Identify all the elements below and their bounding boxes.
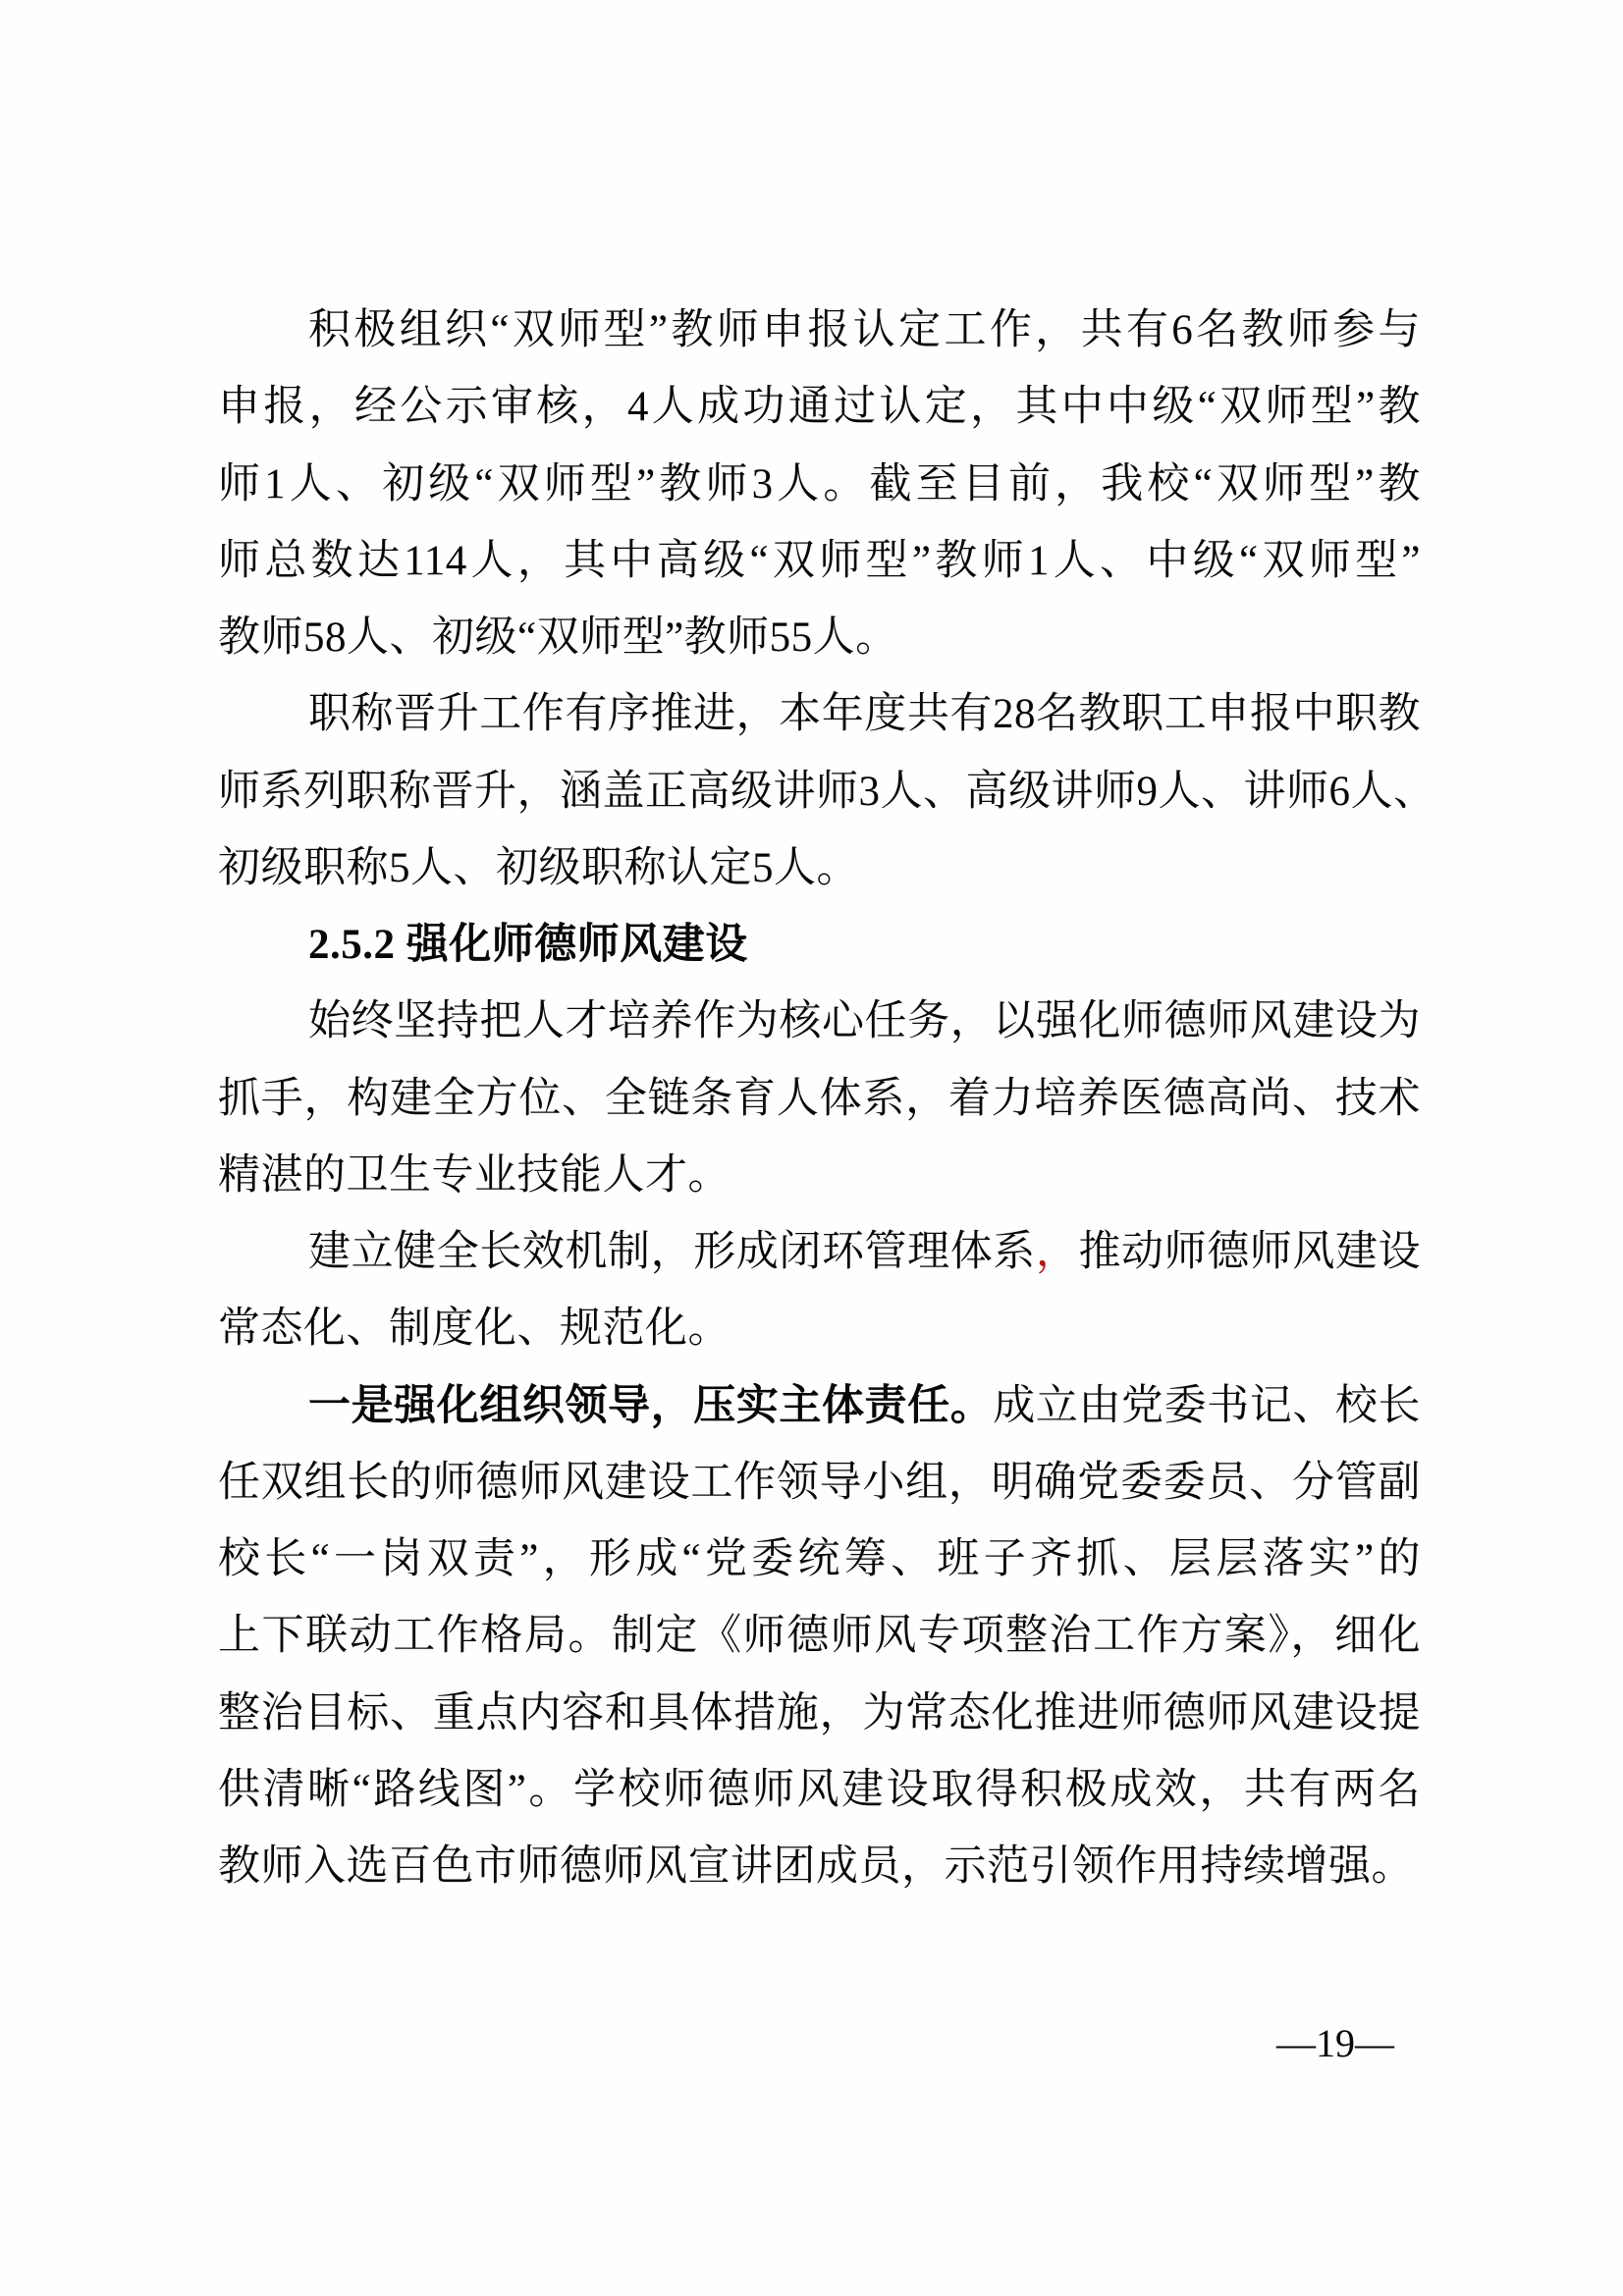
text-run: 一是强化组织领导，压实主体责任。: [308, 1383, 993, 1429]
text-run: 推动师德师风建设: [1078, 1229, 1421, 1275]
paragraph: 建立健全长效机制，形成闭环管理体系，推动师德师风建设常态化、制度化、规范化。: [218, 1214, 1421, 1368]
paragraph: 一是强化组织领导，压实主体责任。成立由党委书记、校长任双组长的师德师风建设工作领…: [218, 1368, 1421, 1906]
text-run: 精湛的卫生专业技能人才。: [218, 1152, 730, 1199]
text-line: 2.5.2 强化师德师风建设: [218, 907, 1421, 984]
document-page: 积极组织“双师型”教师申报认定工作，共有6名教师参与申报，经公示审核，4人成功通…: [0, 0, 1623, 2296]
text-line: 申报，经公示审核，4人成功通过认定，其中中级“双师型”教: [218, 369, 1421, 446]
text-run: 上下联动工作格局。制定《师德师风专项整治工作方案》，细化: [218, 1613, 1421, 1659]
page-number: —19—: [1276, 2021, 1394, 2065]
text-run: 师系列职称晋升，涵盖正高级讲师3人、高级讲师9人、讲师6人、: [218, 769, 1421, 815]
text-line: 始终坚持把人才培养作为核心任务，以强化师德师风建设为: [218, 984, 1421, 1060]
text-run: 始终坚持把人才培养作为核心任务，以强化师德师风建设为: [308, 998, 1421, 1044]
text-line: 积极组织“双师型”教师申报认定工作，共有6名教师参与: [218, 293, 1421, 369]
section-heading: 2.5.2 强化师德师风建设: [218, 907, 1421, 984]
text-run: 申报，经公示审核，4人成功通过认定，其中中级“双师型”教: [218, 384, 1421, 430]
text-line: 师总数达114人，其中高级“双师型”教师1人、中级“双师型”: [218, 523, 1421, 600]
text-line: 建立健全长效机制，形成闭环管理体系，推动师德师风建设: [218, 1214, 1421, 1291]
paragraph: 职称晋升工作有序推进，本年度共有28名教职工申报中职教师系列职称晋升，涵盖正高级…: [218, 676, 1421, 907]
text-line: 上下联动工作格局。制定《师德师风专项整治工作方案》，细化: [218, 1598, 1421, 1675]
text-line: 师1人、初级“双师型”教师3人。截至目前，我校“双师型”教: [218, 447, 1421, 523]
text-line: 一是强化组织领导，压实主体责任。成立由党委书记、校长: [218, 1368, 1421, 1445]
text-line: 整治目标、重点内容和具体措施，为常态化推进师德师风建设提: [218, 1676, 1421, 1752]
text-line: 校长“一岗双责”，形成“党委统筹、班子齐抓、层层落实”的: [218, 1522, 1421, 1598]
text-line: 任双组长的师德师风建设工作领导小组，明确党委委员、分管副: [218, 1445, 1421, 1522]
text-line: 精湛的卫生专业技能人才。: [218, 1138, 1421, 1214]
text-run: 初级职称5人、初级职称认定5人。: [218, 845, 859, 891]
text-run: 职称晋升工作有序推进，本年度共有28名教职工申报中职教: [308, 691, 1421, 737]
text-run: 抓手，构建全方位、全链条育人体系，着力培养医德高尚、技术: [218, 1076, 1421, 1122]
text-run: 整治目标、重点内容和具体措施，为常态化推进师德师风建设提: [218, 1690, 1421, 1736]
text-run: 师总数达114人，其中高级“双师型”教师1人、中级“双师型”: [218, 538, 1421, 584]
paragraph: 积极组织“双师型”教师申报认定工作，共有6名教师参与申报，经公示审核，4人成功通…: [218, 293, 1421, 676]
text-line: 常态化、制度化、规范化。: [218, 1291, 1421, 1367]
text-run: 校长“一岗双责”，形成“党委统筹、班子齐抓、层层落实”的: [218, 1536, 1421, 1582]
text-run: 任双组长的师德师风建设工作领导小组，明确党委委员、分管副: [218, 1460, 1421, 1506]
text-run: 2.5.2 强化师德师风建设: [308, 922, 748, 968]
text-run: 积极组织“双师型”教师申报认定工作，共有6名教师参与: [308, 307, 1421, 353]
text-line: 师系列职称晋升，涵盖正高级讲师3人、高级讲师9人、讲师6人、: [218, 754, 1421, 830]
page-footer: —19—: [1276, 2020, 1394, 2067]
text-run: 成立由党委书记、校长: [993, 1383, 1421, 1429]
text-line: 教师58人、初级“双师型”教师55人。: [218, 600, 1421, 676]
text-line: 供清晰“路线图”。学校师德师风建设取得积极成效，共有两名: [218, 1752, 1421, 1829]
text-line: 职称晋升工作有序推进，本年度共有28名教职工申报中职教: [218, 676, 1421, 753]
text-run: 教师58人、初级“双师型”教师55人。: [218, 614, 898, 661]
text-run: 教师入选百色市师德师风宣讲团成员，示范引领作用持续增强。: [218, 1843, 1414, 1890]
paragraph: 始终坚持把人才培养作为核心任务，以强化师德师风建设为抓手，构建全方位、全链条育人…: [218, 984, 1421, 1214]
text-run: 师1人、初级“双师型”教师3人。截至目前，我校“双师型”教: [218, 461, 1421, 507]
text-line: 教师入选百色市师德师风宣讲团成员，示范引领作用持续增强。: [218, 1829, 1421, 1905]
text-line: 抓手，构建全方位、全链条育人体系，着力培养医德高尚、技术: [218, 1061, 1421, 1138]
document-body: 积极组织“双师型”教师申报认定工作，共有6名教师参与申报，经公示审核，4人成功通…: [218, 293, 1421, 1905]
text-line: 初级职称5人、初级职称认定5人。: [218, 830, 1421, 907]
text-run: 常态化、制度化、规范化。: [218, 1306, 730, 1352]
text-run: 供清晰“路线图”。学校师德师风建设取得积极成效，共有两名: [218, 1767, 1421, 1813]
red-comma-run: ，: [1036, 1229, 1079, 1275]
text-run: 建立健全长效机制，形成闭环管理体系: [308, 1229, 1036, 1275]
